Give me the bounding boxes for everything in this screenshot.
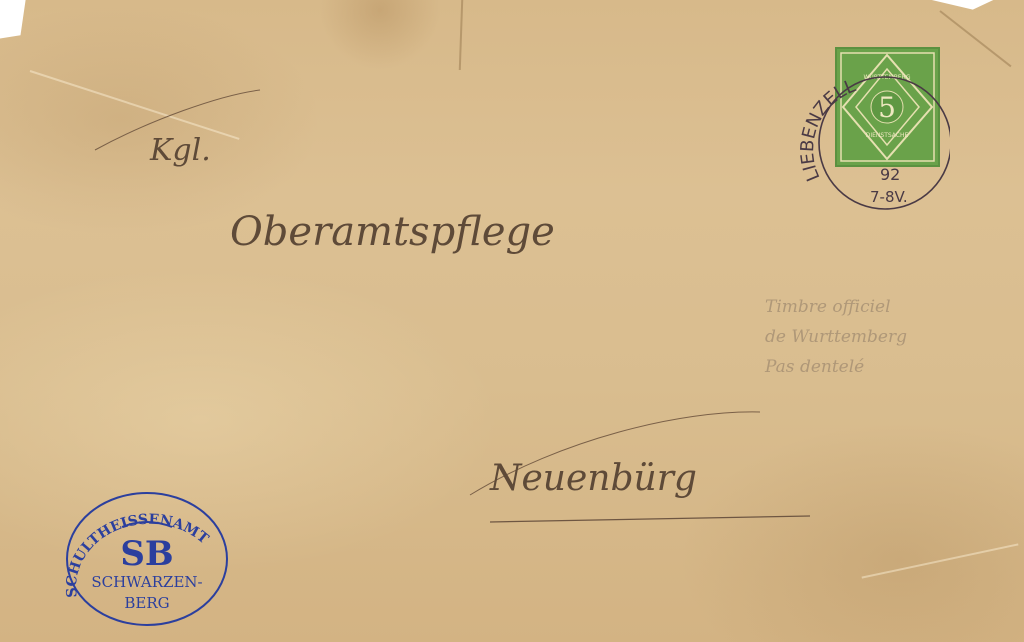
svg-text:Neuenbürg: Neuenbürg [489,458,697,499]
pencil-note-line: de Wurttemberg [765,322,907,352]
pencil-note-line: Timbre officiel [765,292,907,322]
svg-text:SCHWARZEN-: SCHWARZEN- [91,573,202,591]
pencil-note-line: Pas dentelé [765,352,907,382]
pencil-note: Timbre officiel de Wurttemberg Pas dente… [765,292,907,382]
svg-text:Oberamtspflege: Oberamtspflege [230,209,555,255]
svg-text:BERG: BERG [124,594,169,612]
official-handstamp: SCHULTHEISSENAMT SB SCHWARZEN- BERG [62,487,232,627]
svg-text:SB: SB [120,534,173,574]
envelope: 5 WÜRTTEMBERG DIENSTSACHE LIEBENZELL 92 … [0,0,1024,642]
svg-text:Kgl.: Kgl. [149,133,211,168]
